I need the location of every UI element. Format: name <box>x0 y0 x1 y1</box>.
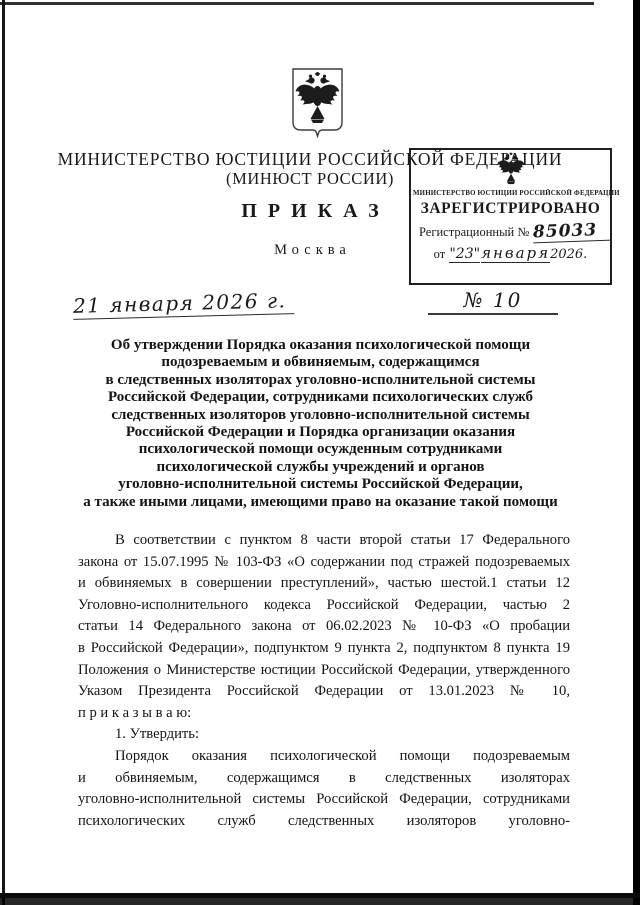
stamp-reg-number-value: 85033 <box>533 220 612 244</box>
body-line: статьи 14 Федерального закона от 06.02.2… <box>78 616 570 638</box>
stamp-date-row: от "23"января2026. <box>411 244 610 263</box>
body-line: и обвиняемым, содержащимся в следственны… <box>78 768 570 790</box>
title-line: а также иными лицами, имеющими право на … <box>76 494 565 511</box>
body-line: Порядок оказания психологической помощи … <box>78 746 570 768</box>
stamp-eagle-icon <box>493 152 529 189</box>
title-line: Об утверждении Порядка оказания психолог… <box>76 337 565 354</box>
order-number-handwritten: № 10 <box>428 288 558 315</box>
scan-edge-top <box>0 2 594 5</box>
order-title: Об утверждении Порядка оказания психолог… <box>76 337 565 511</box>
coat-of-arms-icon <box>291 67 344 138</box>
body-line: п р и к а з ы в а ю: <box>78 703 570 725</box>
stamp-registration-number-row: Регистрационный №85033 <box>411 221 610 242</box>
title-line: уголовно-исполнительной системы Российск… <box>76 476 565 493</box>
body-line: 1. Утвердить: <box>78 724 570 746</box>
body-line: Указом Президента Российской Федерации о… <box>78 681 570 703</box>
stamp-date-month: января <box>481 244 550 263</box>
stamp-reg-number-label: Регистрационный № <box>419 225 529 239</box>
order-body: В соответствии с пунктом 8 части второй … <box>78 530 570 832</box>
title-line: следственных изоляторов уголовно-исполни… <box>76 407 565 424</box>
title-line: психологической помощи осужденным сотруд… <box>76 441 565 458</box>
title-line: психологической службы учреждений и орга… <box>76 459 565 476</box>
title-line: в следственных изоляторах уголовно-испол… <box>76 372 565 389</box>
body-line: В соответствии с пунктом 8 части второй … <box>78 530 570 552</box>
title-line: подозреваемым и обвиняемым, содержащимся <box>76 354 565 371</box>
title-line: Российской Федерации и Порядка организац… <box>76 424 565 441</box>
body-line: в Российской Федерации», подпунктом 9 пу… <box>78 638 570 660</box>
body-line: психологических служб следственных изоля… <box>78 811 570 833</box>
registration-stamp: МИНИСТЕРСТВО ЮСТИЦИИ РОССИЙСКОЙ ФЕДЕРАЦИ… <box>409 148 612 285</box>
stamp-registered-label: ЗАРЕГИСТРИРОВАНО <box>411 200 610 218</box>
stamp-date-day: "23" <box>449 246 480 263</box>
stamp-ministry-name: МИНИСТЕРСТВО ЮСТИЦИИ РОССИЙСКОЙ ФЕДЕРАЦИ… <box>413 189 608 197</box>
stamp-date-prefix: от <box>434 247 446 261</box>
title-line: Российской Федерации, сотрудниками психо… <box>76 389 565 406</box>
order-date-text: 21 января 2026 г. <box>73 288 295 320</box>
scan-edge-right <box>633 0 640 905</box>
body-line: уголовно-исполнительной системы Российск… <box>78 789 570 811</box>
scan-edge-bottom-shadow <box>0 898 640 905</box>
stamp-date-year: 2026. <box>550 247 587 262</box>
scan-edge-left <box>2 0 5 905</box>
body-line: и обвиняемых в совершении преступлений»,… <box>78 573 570 595</box>
order-date-handwritten: 21 января 2026 г. <box>73 288 295 320</box>
scanned-order-page: МИНИСТЕРСТВО ЮСТИЦИИ РОССИЙСКОЙ ФЕДЕРАЦИ… <box>0 0 640 905</box>
body-line: закона от 15.07.1995 № 103-ФЗ «О содержа… <box>78 552 570 574</box>
body-line: Положения о Министерстве юстиции Российс… <box>78 660 570 682</box>
body-line: Уголовно-исполнительного кодекса Российс… <box>78 595 570 617</box>
